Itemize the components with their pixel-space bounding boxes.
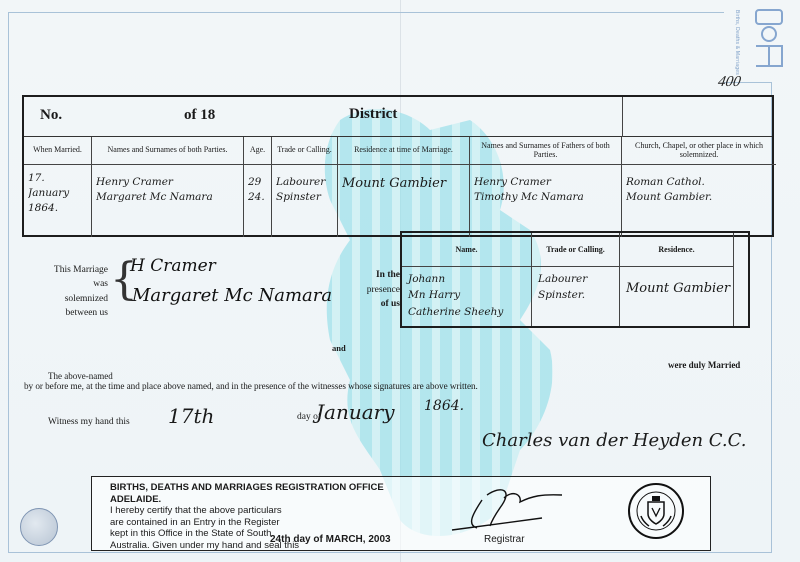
page-number: 400 [717,74,742,91]
witness-residence: Mount Gambier [626,279,727,299]
label-line: between us [48,306,108,320]
witness-name: Mn Harry [408,287,525,303]
column-value: Henry Cramer Margaret Mc Namara [92,165,243,237]
column-header: Church, Chapel, or other place in which … [622,137,776,165]
column-header: Name. [402,233,531,267]
label-line: This Marriage was [48,263,108,292]
witness-name-column: Name. Johann Mn Harry Catherine Sheehy [402,233,532,326]
bride-father: Timothy Mc Namara [474,190,617,205]
column-value: Labourer Spinster. [532,267,619,308]
groom-name: Henry Cramer [96,175,239,190]
district-label: District [349,106,397,123]
column-header: When Married. [24,137,91,165]
witness-trade: Labourer [538,271,613,287]
declaration-sentence: by or before me, at the time and place a… [24,381,478,391]
column-header: Names and Surnames of both Parties. [92,137,243,165]
column-residence: Residence at time of Marriage. Mount Gam… [338,137,470,237]
bride-age: 24. [248,190,267,205]
label-line: In the [352,268,400,283]
entry-number-label: No. [40,107,62,124]
groom-age: 29 [248,175,267,190]
hologram-seal-icon [20,508,58,546]
church-denomination: Roman Cathol. [626,175,772,190]
column-header: Names and Surnames of Fathers of both Pa… [470,137,621,165]
witness-name: Johann [408,271,525,287]
witness-table: Name. Johann Mn Harry Catherine Sheehy T… [400,231,750,328]
column-value: Mount Gambier [620,267,733,303]
bride-trade: Spinster [276,190,333,205]
year-label: of 18 [184,107,215,124]
column-fathers-names: Names and Surnames of Fathers of both Pa… [470,137,622,237]
duly-married-label: were duly Married [668,360,740,370]
church-place: Mount Gambier. [626,190,772,205]
official-seal-icon [627,482,685,540]
witness-trade: Spinster. [538,287,613,303]
certification-box: BIRTHS, DEATHS AND MARRIAGES REGISTRATIO… [91,476,711,551]
label-line: solemnized [48,292,108,306]
bdm-logo-icon [748,6,792,72]
witness-residence-column: Residence. Mount Gambier [620,233,734,326]
month-handwritten: January [316,400,395,424]
column-value: Mount Gambier [338,165,469,237]
bride-name: Margaret Mc Namara [96,190,239,205]
column-names-of-parties: Names and Surnames of both Parties. Henr… [92,137,244,237]
column-when-married: When Married. 17. January 1864. [24,137,92,237]
column-header: Trade or Calling. [272,137,337,165]
year-handwritten: 1864. [424,398,464,414]
logo-caption: Births, Deaths & Marriages [734,10,740,75]
cert-line: I hereby certify that the above particul… [110,505,384,517]
cert-line: are contained in an Entry in the Registe… [110,517,384,529]
registrar-label: Registrar [484,534,525,545]
label-line: presence [352,283,400,298]
presence-label: In the presence of us [352,268,400,312]
column-header: Residence at time of Marriage. [338,137,469,165]
certificate-sheet: Births, Deaths & Marriages 400 No. of 18… [0,0,800,562]
bride-signature: Margaret Mc Namara [132,285,332,306]
witness-hand-label: Witness my hand this [48,417,130,427]
column-value: Henry Cramer Timothy Mc Namara [470,165,621,237]
column-header: Age. [244,137,271,165]
column-trade: Trade or Calling. Labourer Spinster [272,137,338,237]
column-value: Johann Mn Harry Catherine Sheehy [402,267,531,324]
solemnized-label: This Marriage was solemnized between us [48,263,108,320]
witness-trade-column: Trade or Calling. Labourer Spinster. [532,233,620,326]
column-header: Residence. [620,233,733,267]
register-corner-cell [622,97,776,137]
above-named-label: The above-named [48,371,113,381]
office-name: BIRTHS, DEATHS AND MARRIAGES REGISTRATIO… [110,482,384,494]
column-value: Roman Cathol. Mount Gambier. [622,165,776,237]
column-value: Labourer Spinster [272,165,337,237]
label-line: of us [352,297,400,312]
column-church: Church, Chapel, or other place in which … [622,137,776,237]
column-value: 29 24. [244,165,271,237]
column-age: Age. 29 24. [244,137,272,237]
groom-signature: H Cramer [130,256,216,276]
value-line: 1864. [28,201,87,216]
day-handwritten: 17th [168,404,214,428]
residence-value: Mount Gambier [342,175,465,194]
value-line: 17. [28,171,87,186]
column-header: Trade or Calling. [532,233,619,267]
and-label-top: and [332,343,346,353]
column-value: 17. January 1864. [24,165,91,237]
officiant-signature: Charles van der Heyden C.C. [482,430,747,451]
groom-father: Henry Cramer [474,175,617,190]
witness-side-column: Witnesses. [734,233,748,326]
registrar-signature-icon [442,480,572,535]
office-city: ADELAIDE. [110,494,384,506]
witness-name: Catherine Sheehy [408,304,525,320]
issue-date: 24th day of MARCH, 2003 [270,534,391,545]
groom-trade: Labourer [276,175,333,190]
value-line: January [28,186,87,201]
marriage-register-table: No. of 18 District When Married. 17. Jan… [22,95,774,237]
